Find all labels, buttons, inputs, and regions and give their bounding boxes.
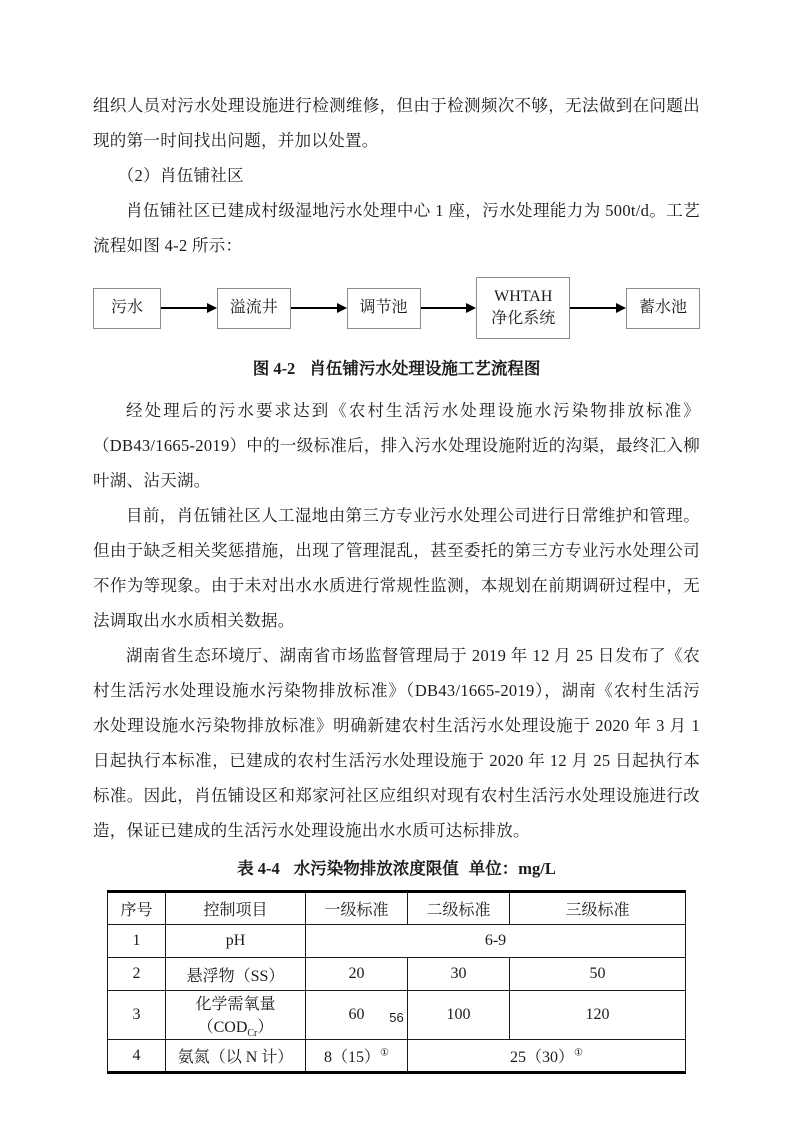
figure-caption-label: 图 4-2 [253, 359, 296, 378]
flow-node-storage-tank: 蓄水池 [626, 288, 700, 329]
document-page: 组织人员对污水处理设施进行检测维修，但由于检测频次不够，无法做到在问题出现的第一… [0, 0, 793, 1122]
flow-arrow-icon [291, 303, 347, 313]
paragraph-standard-publication: 湖南省生态环境厅、湖南省市场监督管理局于 2019 年 12 月 25 日发布了… [93, 638, 700, 848]
table-row: 4 氨氮（以 N 计） 8（15）① 25（30）① [108, 1040, 686, 1073]
table-caption: 表 4-4水污染物排放浓度限值单位：mg/L [93, 856, 700, 882]
flow-node-regulating-tank: 调节池 [347, 288, 421, 329]
figure-caption: 图 4-2肖伍铺污水处理设施工艺流程图 [93, 355, 700, 383]
cell-grade1: 20 [306, 958, 408, 991]
cell-item: pH [166, 925, 306, 958]
paragraph-discharge-standard: 经处理后的污水要求达到《农村生活污水处理设施水污染物排放标准》（DB43/166… [93, 393, 700, 498]
cell-merged-value: 6-9 [306, 925, 686, 958]
table-row: 2 悬浮物（SS） 20 30 50 [108, 958, 686, 991]
page-number: 56 [0, 1010, 793, 1025]
table-header-row: 序号 控制项目 一级标准 二级标准 三级标准 [108, 892, 686, 925]
header-control-item: 控制项目 [166, 892, 306, 925]
cell-no: 4 [108, 1040, 166, 1073]
cell-grade3: 50 [510, 958, 686, 991]
process-flowchart: 污水 溢流井 调节池 WHTAH 净化系统 蓄水池 [93, 277, 700, 339]
cell-item: 悬浮物（SS） [166, 958, 306, 991]
header-grade1: 一级标准 [306, 892, 408, 925]
paragraph-capacity: 肖伍铺社区已建成村级湿地污水处理中心 1 座，污水处理能力为 500t/d。工艺… [93, 193, 700, 263]
cell-grade2: 30 [408, 958, 510, 991]
pollutant-limits-table: 序号 控制项目 一级标准 二级标准 三级标准 1 pH 6-9 2 悬浮物（SS… [107, 890, 686, 1074]
table-row: 1 pH 6-9 [108, 925, 686, 958]
flow-node-whtah-system: WHTAH 净化系统 [476, 277, 570, 339]
flow-arrow-icon [570, 303, 626, 313]
cell-item: 氨氮（以 N 计） [166, 1040, 306, 1073]
paragraph-maintenance: 组织人员对污水处理设施进行检测维修，但由于检测频次不够，无法做到在问题出现的第一… [93, 88, 700, 158]
paragraph-management-issues: 目前，肖伍铺社区人工湿地由第三方专业污水处理公司进行日常维护和管理。但由于缺乏相… [93, 498, 700, 638]
table-caption-title: 水污染物排放浓度限值 [294, 859, 459, 878]
header-grade2: 二级标准 [408, 892, 510, 925]
cell-no: 1 [108, 925, 166, 958]
figure-caption-title: 肖伍铺污水处理设施工艺流程图 [309, 359, 540, 378]
flow-node-label: 调节池 [359, 297, 407, 319]
header-grade3: 三级标准 [510, 892, 686, 925]
header-serial: 序号 [108, 892, 166, 925]
flow-node-label: 溢流井 [230, 297, 278, 319]
flow-node-label-line2: 净化系统 [491, 308, 555, 330]
cell-merged-value: 25（30）① [408, 1040, 686, 1073]
table-caption-label: 表 4-4 [237, 859, 280, 878]
flow-node-label: 污水 [111, 297, 143, 319]
flow-arrow-icon [161, 303, 217, 313]
page-content: 组织人员对污水处理设施进行检测维修，但由于检测频次不够，无法做到在问题出现的第一… [93, 88, 700, 1074]
cell-no: 2 [108, 958, 166, 991]
footnote-mark: ① [380, 1048, 389, 1059]
flow-arrow-icon [421, 303, 477, 313]
cod-subscript: Cr [247, 1028, 257, 1039]
cell-grade1: 8（15）① [306, 1040, 408, 1073]
flow-node-overflow-well: 溢流井 [217, 288, 291, 329]
flow-node-label-line1: WHTAH [494, 286, 552, 308]
footnote-mark: ① [574, 1048, 583, 1059]
heading-xiaowupu-community: （2）肖伍铺社区 [93, 158, 700, 193]
flow-node-label: 蓄水池 [639, 297, 687, 319]
table-caption-unit: 单位：mg/L [469, 859, 556, 878]
flow-node-sewage: 污水 [93, 288, 161, 329]
